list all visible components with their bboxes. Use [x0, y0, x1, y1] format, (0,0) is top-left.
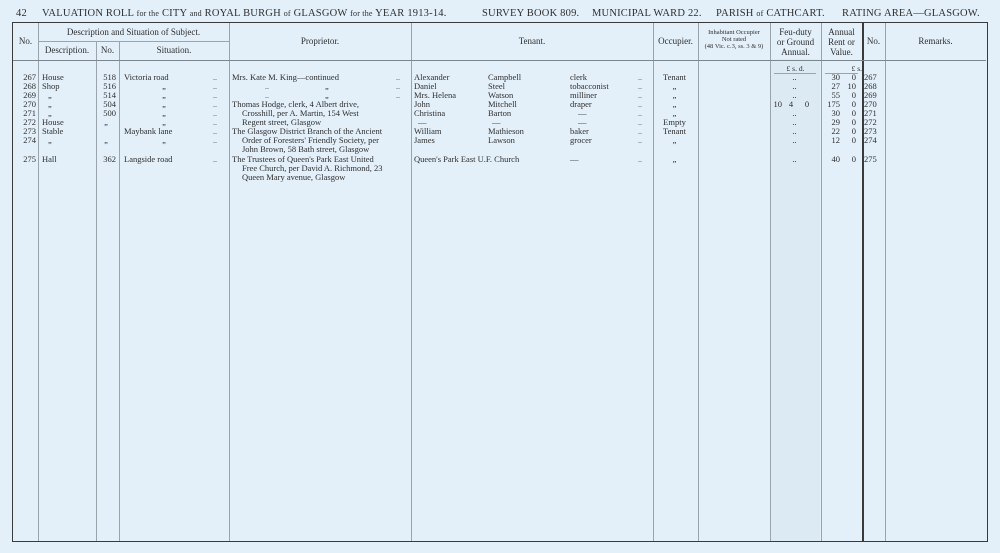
col-header-description-group: Description and Situation of Subject. — [38, 27, 229, 37]
divider — [119, 41, 120, 541]
col-header-situation: Situation. — [119, 45, 229, 55]
col-header-feu-duty: Feu-duty or Ground Annual. — [770, 27, 821, 57]
col-header-proprietor: Proprietor. — [229, 36, 411, 46]
col-header-remarks: Remarks. — [885, 36, 986, 46]
rating-area: RATING AREA—GLASGOW. — [842, 8, 980, 19]
header-divider — [13, 60, 986, 61]
col-header-desc-no: No. — [96, 45, 119, 55]
divider — [411, 23, 412, 541]
col-header-no: No. — [13, 36, 38, 46]
col-header-inhabitant: Inhabitant Occupier Not rated (48 Vic. c… — [698, 29, 770, 50]
roll-title: VALUATION ROLL for the CITY and ROYAL BU… — [42, 8, 447, 19]
proprietor-3: The Glasgow District Branch of the Ancie… — [232, 127, 410, 154]
col-header-no-right: No. — [862, 36, 885, 46]
divider — [38, 41, 229, 42]
col-header-occupier: Occupier. — [653, 36, 698, 46]
divider — [38, 23, 39, 541]
municipal-ward: MUNICIPAL WARD 22. — [592, 8, 702, 19]
survey-book: SURVEY BOOK 809. — [482, 8, 579, 19]
page-number: 42 — [16, 8, 27, 19]
divider — [698, 23, 699, 541]
col-header-tenant: Tenant. — [411, 36, 653, 46]
col-header-annual-rent: Annual Rent or Value. — [821, 27, 862, 57]
proprietor-1: Mrs. Kate M. King—continued — [232, 73, 339, 82]
parish: PARISH of CATHCART. — [716, 8, 825, 19]
divider — [885, 23, 886, 541]
col-header-description: Description. — [38, 45, 96, 55]
proprietor-4: The Trustees of Queen's Park East United… — [232, 155, 410, 182]
page-title-line: 42 VALUATION ROLL for the CITY and ROYAL… — [16, 8, 986, 22]
proprietor-2: Thomas Hodge, clerk, 4 Albert drive, Cro… — [232, 100, 410, 127]
divider — [229, 23, 230, 541]
